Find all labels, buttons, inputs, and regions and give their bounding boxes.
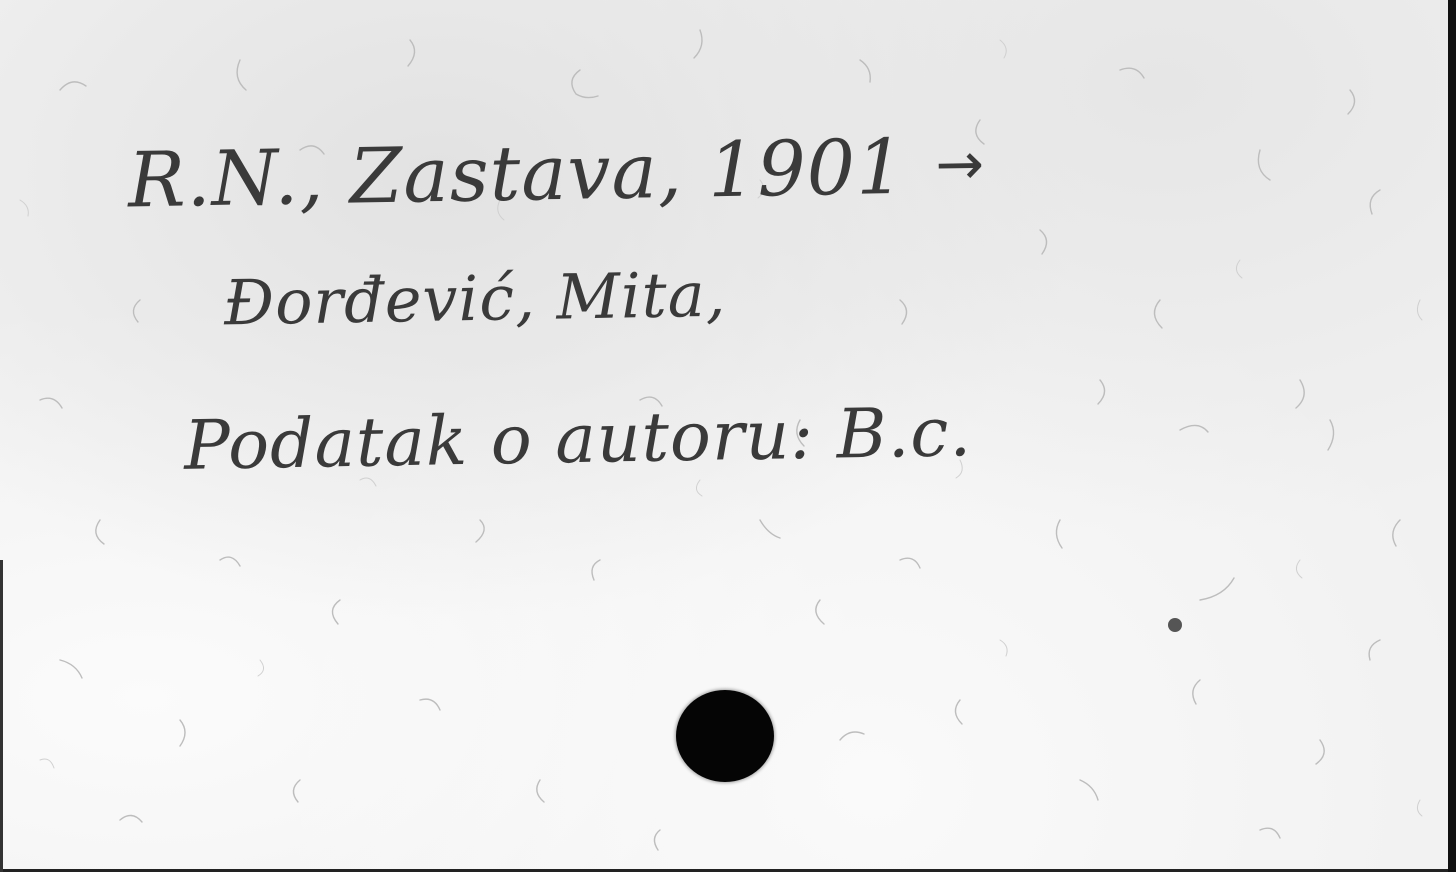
publication-info: R.N., Zastava, 1901 — [127, 122, 906, 225]
arrow-right-icon: → — [935, 130, 986, 199]
handwritten-line-publication: R.N., Zastava, 1901→ — [127, 121, 985, 225]
author-name: Đorđević, Mita, — [223, 258, 726, 340]
scan-edge-right — [1448, 0, 1456, 872]
handwritten-line-note: Podatak o autoru: B.c. — [183, 393, 972, 486]
punch-hole — [676, 690, 774, 782]
handwritten-line-author: Đorđević, Mita, — [223, 258, 726, 340]
scan-edge-left — [0, 560, 3, 872]
ink-spot — [1168, 618, 1182, 632]
catalog-card: R.N., Zastava, 1901→ Đorđević, Mita, Pod… — [0, 0, 1456, 872]
author-note: Podatak o autoru: B.c. — [183, 393, 972, 486]
